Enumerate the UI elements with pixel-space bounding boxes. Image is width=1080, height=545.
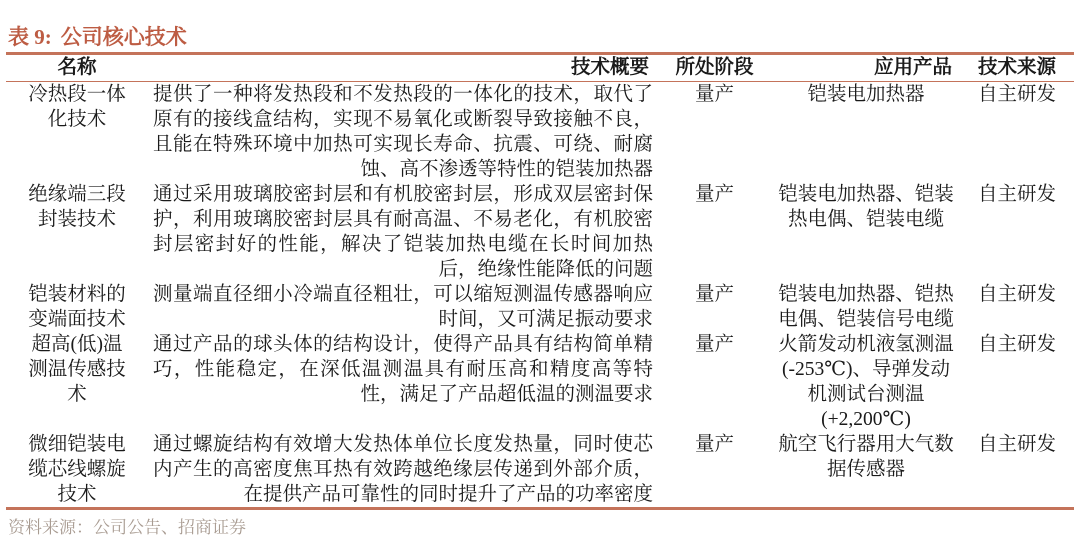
cell-stage: 量产 bbox=[657, 282, 772, 332]
cell-name: 超高(低)温测温传感技术 bbox=[6, 332, 148, 432]
cell-products: 铠装电加热器 bbox=[772, 82, 960, 182]
cell-summary: 通过螺旋结构有效增大发热体单位长度发热量，同时使芯内产生的高密度焦耳热有效跨越绝… bbox=[148, 432, 657, 507]
cell-summary: 提供了一种将发热段和不发热段的一体化的技术，取代了原有的接线盒结构，实现不易氧化… bbox=[148, 82, 657, 182]
cell-source: 自主研发 bbox=[960, 432, 1074, 507]
source-note: 资料来源：公司公告、招商证券 bbox=[6, 517, 1074, 539]
cell-products: 铠装电加热器、铠热电偶、铠装信号电缆 bbox=[772, 282, 960, 332]
column-header-stage: 所处阶段 bbox=[657, 55, 772, 81]
cell-name: 绝缘端三段封装技术 bbox=[6, 182, 148, 282]
cell-source: 自主研发 bbox=[960, 82, 1074, 182]
cell-stage: 量产 bbox=[657, 432, 772, 507]
cell-source: 自主研发 bbox=[960, 282, 1074, 332]
cell-stage: 量产 bbox=[657, 82, 772, 182]
table-row: 冷热段一体化技术 提供了一种将发热段和不发热段的一体化的技术，取代了原有的接线盒… bbox=[6, 82, 1074, 182]
table-body: 冷热段一体化技术 提供了一种将发热段和不发热段的一体化的技术，取代了原有的接线盒… bbox=[6, 82, 1074, 507]
table-row: 微细铠装电缆芯线螺旋技术 通过螺旋结构有效增大发热体单位长度发热量，同时使芯内产… bbox=[6, 432, 1074, 507]
core-technology-table: 名称 技术概要 所处阶段 应用产品 技术来源 冷热段一体化技术 提供了一种将发热… bbox=[6, 52, 1074, 510]
table-row: 绝缘端三段封装技术 通过采用玻璃胶密封层和有机胶密封层，形成双层密封保护，利用玻… bbox=[6, 182, 1074, 282]
cell-name: 微细铠装电缆芯线螺旋技术 bbox=[6, 432, 148, 507]
cell-summary: 测量端直径细小冷端直径粗壮，可以缩短测温传感器响应时间，又可满足振动要求 bbox=[148, 282, 657, 332]
cell-products: 火箭发动机液氢测温(-253℃)、导弹发动机测试台测温(+2,200℃) bbox=[772, 332, 960, 432]
column-header-summary: 技术概要 bbox=[148, 55, 657, 81]
cell-stage: 量产 bbox=[657, 182, 772, 282]
table-row: 铠装材料的变端面技术 测量端直径细小冷端直径粗壮，可以缩短测温传感器响应时间，又… bbox=[6, 282, 1074, 332]
cell-products: 航空飞行器用大气数据传感器 bbox=[772, 432, 960, 507]
table-row: 超高(低)温测温传感技术 通过产品的球头体的结构设计，使得产品具有结构简单精巧，… bbox=[6, 332, 1074, 432]
cell-source: 自主研发 bbox=[960, 182, 1074, 282]
table-title: 公司核心技术 bbox=[61, 25, 187, 49]
cell-name: 铠装材料的变端面技术 bbox=[6, 282, 148, 332]
cell-summary: 通过产品的球头体的结构设计，使得产品具有结构简单精巧，性能稳定，在深低温测温具有… bbox=[148, 332, 657, 432]
table-caption: 表 9:公司核心技术 bbox=[6, 24, 1074, 50]
cell-source: 自主研发 bbox=[960, 332, 1074, 432]
cell-summary: 通过采用玻璃胶密封层和有机胶密封层，形成双层密封保护，利用玻璃胶密封层具有耐高温… bbox=[148, 182, 657, 282]
column-header-source: 技术来源 bbox=[960, 55, 1074, 81]
column-header-products: 应用产品 bbox=[772, 55, 960, 81]
table-number-label: 表 9: bbox=[8, 25, 52, 49]
table-header-row: 名称 技术概要 所处阶段 应用产品 技术来源 bbox=[6, 55, 1074, 82]
cell-stage: 量产 bbox=[657, 332, 772, 432]
report-page: 表 9:公司核心技术 名称 技术概要 所处阶段 应用产品 技术来源 冷热段一体化… bbox=[0, 0, 1080, 545]
column-header-name: 名称 bbox=[6, 55, 148, 81]
cell-name: 冷热段一体化技术 bbox=[6, 82, 148, 182]
cell-products: 铠装电加热器、铠装热电偶、铠装电缆 bbox=[772, 182, 960, 282]
